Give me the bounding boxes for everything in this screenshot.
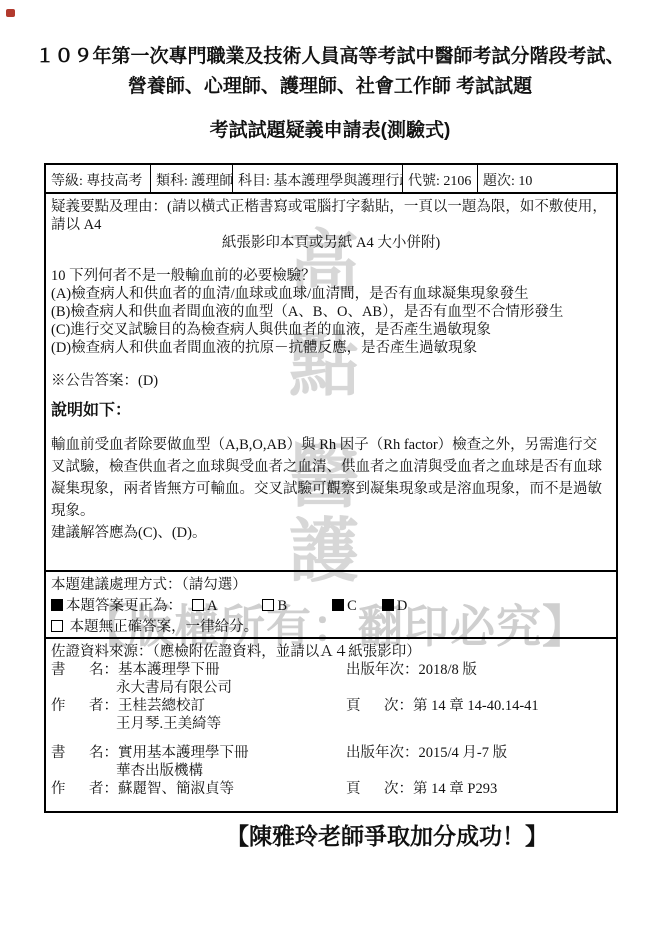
book2-pages: 次：第 14 章 P293 <box>384 781 497 797</box>
info-cell-code: 代號: 2106 <box>403 165 478 192</box>
book1-author-line: 作者：王桂芸總校訂 頁次：第 14 章 14-40.14-41 <box>51 697 611 715</box>
book2-page-label: 頁 <box>346 780 384 798</box>
red-corner-mark <box>6 9 15 17</box>
dispute-main-section: 疑義要點及理由：(請以橫式正楷書寫或電腦打字黏貼，一頁以一題為限，如不敷使用，請… <box>46 194 616 572</box>
handling-heading: 本題建議處理方式：（請勾選） <box>51 575 611 596</box>
handling-section: 本題建議處理方式：（請勾選） 本題答案更正為：ABCD 本題無正確答案，一律給分… <box>46 572 616 639</box>
book2-authors: 者：蘇麗智、簡淑貞等 <box>89 781 234 797</box>
book1-name-line: 書名：基本護理學下冊 出版年次：2018/8 版 <box>51 661 611 679</box>
correction-label: 本題答案更正為： <box>66 598 182 614</box>
book1-authors-extra: 王月琴.王美綺等 <box>51 715 611 733</box>
exam-title: １０９年第一次專門職業及技術人員高等考試中醫師考試分階段考試、營養師、心理師、護… <box>28 42 632 102</box>
choice-label-c: C <box>347 598 357 614</box>
choice-label-d: D <box>397 598 407 614</box>
option-d: (D)檢查病人和供血者間血液的抗原－抗體反應，是否產生過敏現象 <box>51 339 611 357</box>
checkbox-no-answer <box>51 620 63 632</box>
book1-pages: 次：第 14 章 14-40.14-41 <box>384 698 539 714</box>
book2-author-label: 作 <box>51 780 89 798</box>
closing-note: 【陳雅玲老師爭取加分成功！】 <box>0 818 548 854</box>
announced-answer: ※公告答案：(D) <box>51 372 611 390</box>
option-a: (A)檢查病人和供血者的血清/血球或血球/血清間，是否有血球凝集現象發生 <box>51 285 611 303</box>
book2-author-line: 作者：蘇麗智、簡淑貞等 頁次：第 14 章 P293 <box>51 780 611 798</box>
option-c: (C)進行交叉試驗目的為檢查病人與供血者的血液，是否產生過敏現象 <box>51 321 611 339</box>
book2-name-line: 書名：實用基本護理學下冊 出版年次：2015/4 月-7 版 <box>51 744 611 762</box>
info-cell-level: 等級: 專技高考 <box>46 165 151 192</box>
book1-author-label: 作 <box>51 697 89 715</box>
option-b: (B)檢查病人和供血者間血液的血型（A、B、O、AB），是否有血型不合情形發生 <box>51 303 611 321</box>
suggested-answer: 建議解答應為(C)、(D)。 <box>51 522 611 544</box>
form-title: 考試試題疑義申請表(測驗式) <box>0 115 660 142</box>
section-notice: 疑義要點及理由：(請以橫式正楷書寫或電腦打字黏貼，一頁以一題為限，如不敷使用，請… <box>51 198 611 252</box>
checkbox-correct-answer <box>51 599 63 611</box>
info-cell-category: 類科: 護理師 <box>151 165 233 192</box>
no-correct-answer-line: 本題無正確答案，一律給分。 <box>51 617 611 638</box>
evidence-heading: 佐證資料來源：（應檢附佐證資料，並請以Ａ４紙張影印） <box>51 643 611 661</box>
notice-line-2: 紙張影印本頁或另紙 A4 大小併附) <box>51 234 611 252</box>
book1-authors: 者：王桂芸總校訂 <box>89 698 205 714</box>
info-cell-question-number: 題次: 10 <box>478 165 616 192</box>
choice-label-a: A <box>207 598 217 614</box>
explanation-heading: 說明如下： <box>51 401 611 421</box>
book1-year: 出版年次：2018/8 版 <box>346 661 611 679</box>
book1-page-label: 頁 <box>346 697 384 715</box>
evidence-gap <box>51 733 611 744</box>
answer-correction-line: 本題答案更正為：ABCD <box>51 596 611 617</box>
evidence-section: 佐證資料來源：（應檢附佐證資料，並請以Ａ４紙張影印） 書名：基本護理學下冊 出版… <box>46 639 616 811</box>
exam-dispute-form-page: 高 點 醫 護 【版權所有：翻印必究】 １０９年第一次專門職業及技術人員高等考試… <box>0 0 660 933</box>
book2-label: 書 <box>51 744 89 762</box>
checkbox-option-c <box>332 599 344 611</box>
checkbox-option-b <box>262 599 274 611</box>
book2-year: 出版年次：2015/4 月-7 版 <box>346 744 611 762</box>
book1-label: 書 <box>51 661 89 679</box>
book1-publisher: 永大書局有限公司 <box>51 679 611 697</box>
choice-label-b: B <box>277 598 287 614</box>
explanation-text: 輸血前受血者除要做血型（A,B,O,AB）與 Rh 因子（Rh factor）檢… <box>51 434 611 522</box>
book2-name: 名：實用基本護理學下冊 <box>89 745 249 761</box>
no-answer-label: 本題無正確答案，一律給分。 <box>70 619 259 635</box>
question-block: 10 下列何者不是一般輸血前的必要檢驗？ (A)檢查病人和供血者的血清/血球或血… <box>51 267 611 357</box>
question-stem: 10 下列何者不是一般輸血前的必要檢驗？ <box>51 267 611 285</box>
book1-name: 名：基本護理學下冊 <box>89 662 220 678</box>
notice-line-1: 疑義要點及理由：(請以橫式正楷書寫或電腦打字黏貼，一頁以一題為限，如不敷使用，請… <box>51 198 611 234</box>
dispute-form-table: 等級: 專技高考 類科: 護理師 科目: 基本護理學與護理行政 代號: 2106… <box>44 163 618 813</box>
book2-publisher: 華杏出版機構 <box>51 762 611 780</box>
checkbox-option-a <box>192 599 204 611</box>
info-cell-subject: 科目: 基本護理學與護理行政 <box>233 165 403 192</box>
checkbox-option-d <box>382 599 394 611</box>
info-row: 等級: 專技高考 類科: 護理師 科目: 基本護理學與護理行政 代號: 2106… <box>46 165 616 194</box>
